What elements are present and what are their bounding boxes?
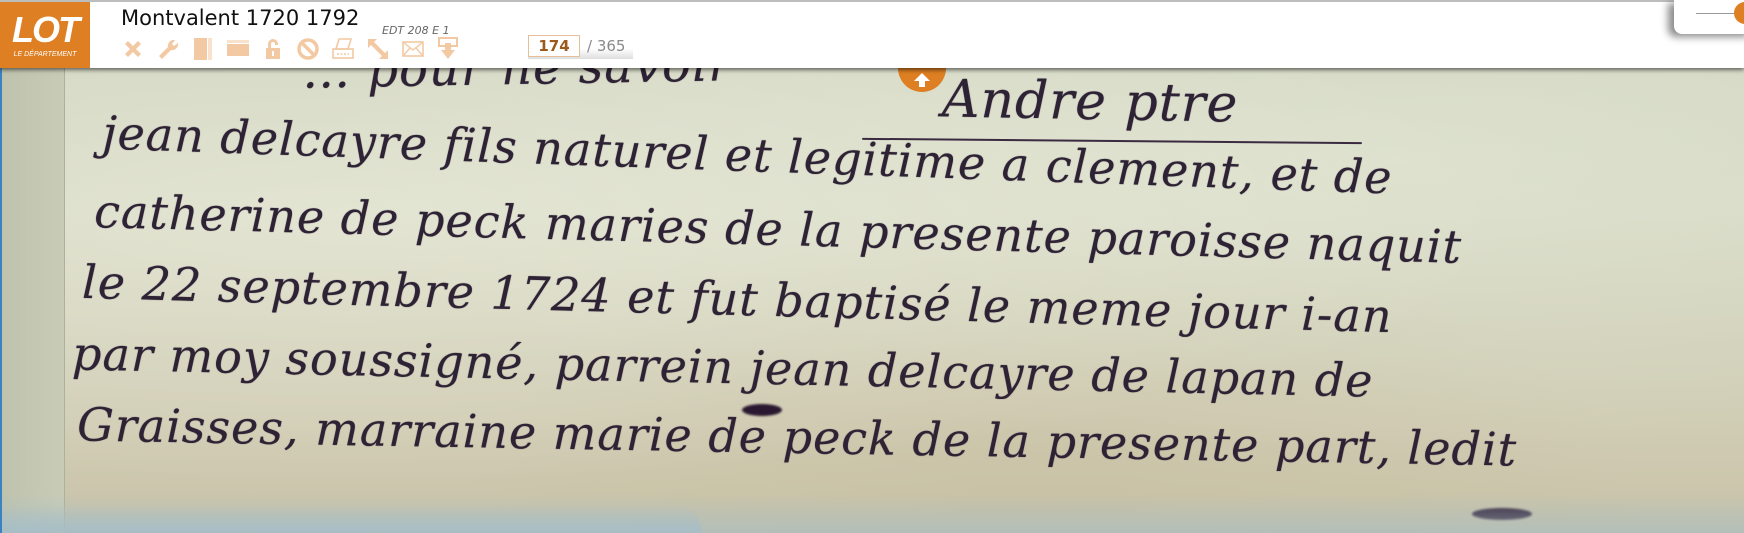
- page-number-input[interactable]: [528, 35, 580, 57]
- fullscreen-icon: [366, 37, 390, 61]
- single-page-view-button[interactable]: [190, 37, 215, 62]
- reset-button[interactable]: [295, 37, 320, 62]
- mail-button[interactable]: [400, 37, 425, 62]
- zoom-track[interactable]: [1696, 13, 1736, 14]
- ink-blot: [742, 404, 782, 416]
- page-margin: [2, 60, 65, 533]
- document-title: Montvalent 1720 1792: [121, 6, 359, 30]
- unlock-button[interactable]: [260, 37, 285, 62]
- download-icon: [436, 37, 460, 61]
- print-button[interactable]: [330, 37, 355, 62]
- double-page-icon: [226, 37, 250, 61]
- toolbar: [120, 36, 460, 62]
- download-button[interactable]: [435, 37, 460, 62]
- logo-text: LOT: [0, 12, 90, 48]
- forbidden-icon: [296, 37, 320, 61]
- unlock-icon: [261, 37, 285, 61]
- zoom-slider[interactable]: [1674, 0, 1744, 34]
- manuscript-line-4: par moy soussigné, parrein jean delcayre…: [72, 326, 1374, 407]
- wrench-icon: [156, 37, 180, 61]
- close-button[interactable]: [120, 37, 145, 62]
- logo-subtitle: LE DÉPARTEMENT: [0, 51, 90, 58]
- close-icon: [121, 37, 145, 61]
- manuscript-line-signature: Andre ptre: [941, 69, 1238, 134]
- single-page-icon: [191, 37, 215, 61]
- manuscript-line-5: Graisses, marraine marie de peck de la p…: [77, 397, 1518, 476]
- arrow-up-icon: [913, 72, 931, 88]
- viewer-header: LOT LE DÉPARTEMENT Montvalent 1720 1792 …: [0, 0, 1744, 68]
- mail-icon: [401, 37, 425, 61]
- page-fold: [2, 505, 702, 533]
- document-viewer[interactable]: … pour ne savoir Andre ptre jean delcayr…: [0, 0, 1744, 533]
- department-logo[interactable]: LOT LE DÉPARTEMENT: [0, 2, 90, 68]
- fullscreen-button[interactable]: [365, 37, 390, 62]
- tools-button[interactable]: [155, 37, 180, 62]
- double-page-view-button[interactable]: [225, 37, 250, 62]
- page-navigator: / 365: [528, 33, 633, 59]
- page-total: / 365: [587, 37, 625, 55]
- print-icon: [331, 37, 355, 61]
- zoom-knob[interactable]: [1734, 2, 1744, 24]
